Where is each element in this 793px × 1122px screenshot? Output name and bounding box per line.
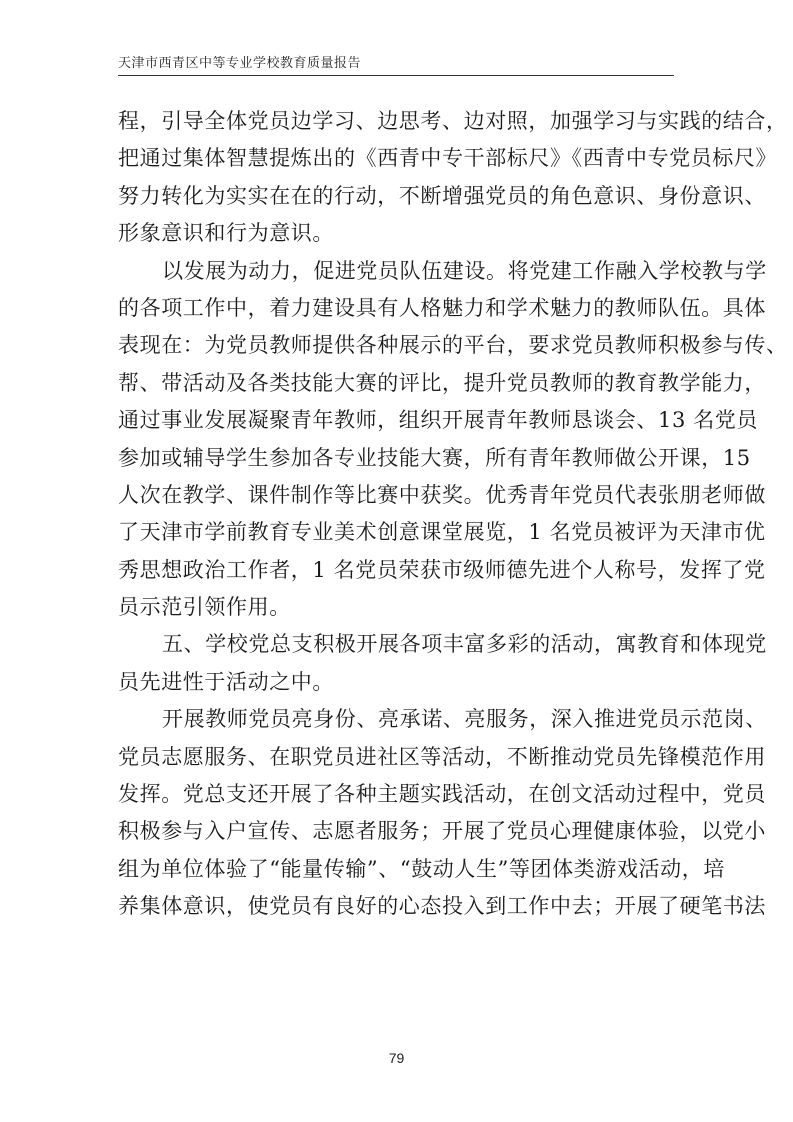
text-line: 以发展为动力，促进党员队伍建设。将党建工作融入学校教与学 bbox=[118, 253, 674, 290]
text-line: 了天津市学前教育专业美术创意课堂展览，1 名党员被评为天津市优 bbox=[118, 514, 674, 551]
text-line: 积极参与入户宣传、志愿者服务；开展了党员心理健康体验，以党小 bbox=[118, 813, 674, 850]
text-line: 努力转化为实实在在的行动，不断增强党员的角色意识、身份意识、 bbox=[118, 178, 674, 215]
text-line: 组为单位体验了“能量传输”、“鼓动人生”等团体类游戏活动，培 bbox=[118, 851, 674, 888]
text-line: 养集体意识，使党员有良好的心态投入到工作中去；开展了硬笔书法 bbox=[118, 888, 674, 925]
page-header: 天津市西青区中等专业学校教育质量报告 bbox=[118, 55, 674, 76]
text-line: 帮、带活动及各类技能大赛的评比，提升党员教师的教育教学能力， bbox=[118, 365, 674, 402]
text-line: 参加或辅导学生参加各专业技能大赛，所有青年教师做公开课，15 bbox=[118, 440, 674, 477]
text-line: 通过事业发展凝聚青年教师，组织开展青年教师恳谈会、13 名党员 bbox=[118, 402, 674, 439]
page-number: 79 bbox=[0, 1050, 793, 1066]
report-title: 天津市西青区中等专业学校教育质量报告 bbox=[118, 55, 674, 73]
text-line: 把通过集体智慧提炼出的《西青中专干部标尺》《西青中专党员标尺》 bbox=[118, 140, 674, 177]
text-line: 形象意识和行为意识。 bbox=[118, 215, 674, 252]
text-line: 发挥。党总支还开展了各种主题实践活动，在创文活动过程中，党员 bbox=[118, 776, 674, 813]
text-line: 人次在教学、课件制作等比赛中获奖。优秀青年党员代表张朋老师做 bbox=[118, 477, 674, 514]
body-text: 程，引导全体党员边学习、边思考、边对照，加强学习与实践的结合， 把通过集体智慧提… bbox=[118, 103, 674, 926]
text-line: 秀思想政治工作者，1 名党员荣获市级师德先进个人称号，发挥了党 bbox=[118, 552, 674, 589]
text-line: 程，引导全体党员边学习、边思考、边对照，加强学习与实践的结合， bbox=[118, 103, 674, 140]
text-line: 党员志愿服务、在职党员进社区等活动，不断推动党员先锋模范作用 bbox=[118, 739, 674, 776]
text-line: 员示范引领作用。 bbox=[118, 589, 674, 626]
section-heading-line: 五、学校党总支积极开展各项丰富多彩的活动，寓教育和体现党 bbox=[118, 626, 674, 663]
text-line: 开展教师党员亮身份、亮承诺、亮服务，深入推进党员示范岗、 bbox=[118, 701, 674, 738]
text-line: 的各项工作中，着力建设具有人格魅力和学术魅力的教师队伍。具体 bbox=[118, 290, 674, 327]
text-line: 表现在：为党员教师提供各种展示的平台，要求党员教师积极参与传、 bbox=[118, 327, 674, 364]
section-heading-line: 员先进性于活动之中。 bbox=[118, 664, 674, 701]
